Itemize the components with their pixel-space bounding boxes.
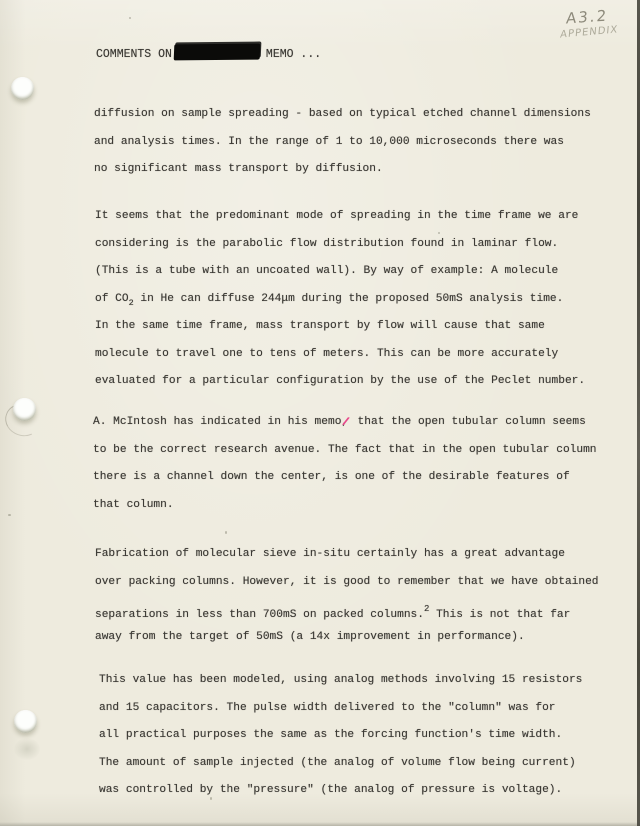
paragraph-mcintosh-memo: A. McIntosh has indicated in his memo,/ … (93, 409, 633, 519)
title-suffix: MEMO ... (266, 48, 321, 61)
text-line: all practical purposes the same as the f… (99, 722, 639, 750)
page-title: COMMENTS ONMEMO ... (96, 44, 321, 63)
paper-speck (129, 17, 131, 19)
memo-line-start: A. McIntosh has indicated in his memo, (93, 416, 348, 428)
text-line: considering is the parabolic flow distri… (95, 231, 635, 259)
paper-speck (225, 531, 227, 534)
text-line: molecule to travel one to tens of meters… (95, 341, 635, 369)
paragraph-laminar-flow: It seems that the predominant mode of sp… (95, 203, 635, 396)
paper-speck (210, 797, 212, 800)
co2-rest: in He can diffuse 244μm during the propo… (134, 293, 564, 305)
paper-speck (438, 232, 440, 234)
paper-speck (8, 514, 11, 516)
memo-line-rest: that the open tubular column seems (351, 416, 586, 428)
text-line: It seems that the predominant mode of sp… (95, 203, 635, 231)
paragraph-diffusion: diffusion on sample spreading - based on… (94, 101, 634, 184)
text-line: This value has been modeled, using analo… (99, 667, 639, 695)
text-line: and 15 capacitors. The pulse width deliv… (99, 695, 639, 723)
text-line: and analysis times. In the range of 1 to… (94, 129, 634, 157)
text-line: no significant mass transport by diffusi… (94, 156, 634, 184)
footnote-line-start: separations in less than 700mS on packed… (95, 609, 424, 621)
text-line: away from the target of 50mS (a 14x impr… (95, 624, 635, 652)
footnote-line-rest: This is not that far (429, 609, 570, 621)
text-line: (This is a tube with an uncoated wall). … (95, 258, 635, 286)
punch-hole-middle (13, 398, 36, 421)
text-line: Fabrication of molecular sieve in-situ c… (95, 541, 635, 569)
handwritten-code: A3.2 (565, 6, 608, 27)
text-line: there is a channel down the center, is o… (93, 464, 633, 492)
paragraph-analog-model: This value has been modeled, using analo… (99, 667, 639, 805)
redaction-bar (174, 44, 261, 61)
punch-hole-bottom (14, 710, 37, 733)
pink-slash-mark: / (340, 410, 351, 438)
punch-hole-top (11, 77, 34, 100)
paper-speck (524, 142, 526, 144)
title-prefix: COMMENTS ON (96, 48, 172, 61)
text-line: A. McIntosh has indicated in his memo,/ … (93, 409, 633, 437)
text-line: over packing columns. However, it is goo… (95, 569, 635, 597)
scan-edge-bottom (0, 822, 640, 826)
paragraph-fabrication: Fabrication of molecular sieve in-situ c… (95, 541, 635, 651)
text-line: evaluated for a particular configuration… (95, 368, 635, 396)
text-line: of CO2 in He can diffuse 244μm during th… (95, 286, 635, 314)
text-line: In the same time frame, mass transport b… (95, 313, 635, 341)
text-line: that column. (93, 492, 633, 520)
text-line: was controlled by the "pressure" (the an… (99, 777, 639, 805)
text-line: The amount of sample injected (the analo… (99, 750, 639, 778)
text-line: to be the correct research avenue. The f… (93, 437, 633, 465)
co2-prefix: of CO (95, 293, 129, 305)
punch-hole-shadow (14, 738, 40, 760)
text-line: diffusion on sample spreading - based on… (94, 101, 634, 129)
scanned-memo-page: A3.2 APPENDIX COMMENTS ONMEMO ... diffus… (0, 0, 640, 826)
text-line: separations in less than 700mS on packed… (95, 596, 635, 624)
